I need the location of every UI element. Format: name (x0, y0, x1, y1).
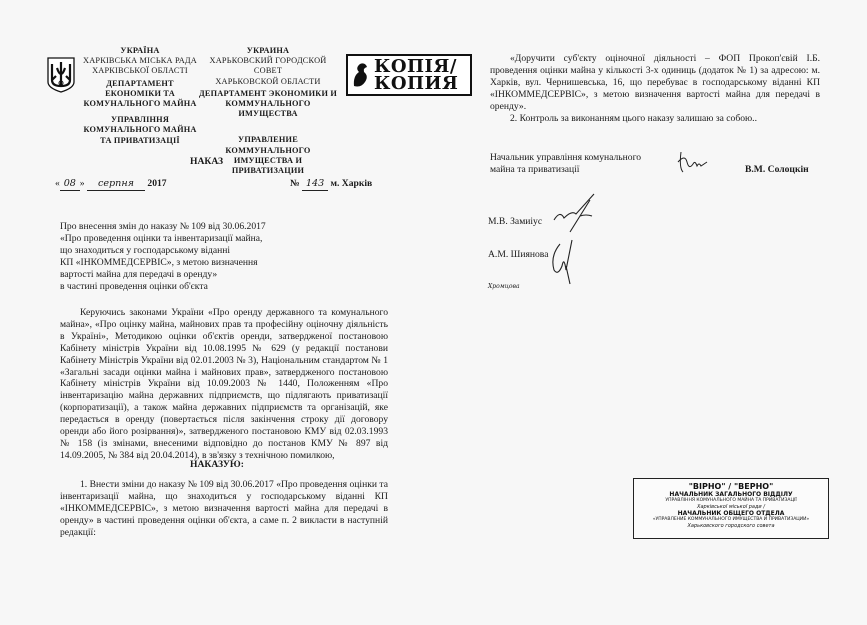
header-directorate-ru-1: УПРАВЛЕНИЕ КОММУНАЛЬНОГО (198, 135, 338, 155)
signatory-title: Начальник управління комунального майна … (490, 152, 641, 176)
header-department-ua-3: КОМУНАЛЬНОГО МАЙНА (80, 99, 200, 109)
lion-emblem-icon (351, 60, 371, 90)
header-directorate-ua-1: УПРАВЛІННЯ (80, 115, 200, 125)
executor-name: Хромцова (488, 283, 520, 290)
stamp-line: Харьковского городского совета (638, 523, 824, 529)
stamp-line: НАЧАЛЬНИК ЗАГАЛЬНОГО ВІДДІЛУ (638, 491, 824, 498)
date-day: 08 (60, 178, 80, 191)
coat-of-arms-icon (46, 56, 76, 94)
date-year: 2017 (147, 178, 166, 189)
header-country-ua: УКРАЇНА (80, 46, 200, 56)
header-ukrainian: УКРАЇНА ХАРКІВСЬКА МІСЬКА РАДА ХАРКІВСЬК… (80, 46, 200, 146)
copy-stamp-line-2: КОПИЯ (374, 75, 466, 92)
header-oblast-ua: ХАРКІВСЬКОЇ ОБЛАСТІ (80, 66, 200, 76)
certification-stamp: "ВІРНО" / "ВЕРНО" НАЧАЛЬНИК ЗАГАЛЬНОГО В… (633, 478, 829, 539)
header-oblast-ru: ХАРЬКОВСКОЙ ОБЛАСТИ (198, 77, 338, 87)
order-date: «08» серпня 2017 (55, 178, 167, 191)
number-value: 143 (302, 178, 328, 191)
city: м. Харків (330, 178, 372, 189)
header-department-ru-2: КОММУНАЛЬНОГО ИМУЩЕСТВА (198, 99, 338, 119)
header-directorate-ua-3: ТА ПРИВАТИЗАЦІЇ (80, 136, 200, 146)
order-title: НАКАЗ (190, 156, 223, 168)
subject-line: КП «ІНКОММЕДСЕРВІС», з метою визначення (60, 257, 300, 269)
stamp-title: "ВІРНО" / "ВЕРНО" (638, 482, 824, 491)
subject-line: вартості майна для передачі в оренду» (60, 269, 300, 281)
subject-line: що знаходиться у господарському віданні (60, 245, 300, 257)
subject-line: Про внесення змін до наказу № 109 від 30… (60, 221, 300, 233)
decree-heading: НАКАЗУЮ: (190, 459, 244, 471)
date-month: серпня (87, 178, 145, 191)
signature-head-icon (675, 148, 711, 183)
subject-line: в частині проведення оцінки об'єкта (60, 281, 300, 293)
signatory-title-line-2: майна та приватизації (490, 164, 641, 176)
preamble-paragraph: Керуючись законами України «Про оренду д… (60, 307, 388, 462)
number-label: № (290, 178, 300, 189)
header-directorate-ua-2: КОМУНАЛЬНОГО МАЙНА (80, 125, 200, 135)
header-department-ua-2: ЕКОНОМІКИ ТА (80, 89, 200, 99)
signatory-title-line-1: Начальник управління комунального (490, 152, 641, 164)
signature-approval-1-icon (550, 190, 600, 240)
header-council-ua: ХАРКІВСЬКА МІСЬКА РАДА (80, 56, 200, 66)
header-council-ru: ХАРЬКОВСКИЙ ГОРОДСКОЙ СОВЕТ (198, 56, 338, 76)
approval-name-2: А.М. Шиянова (488, 249, 548, 261)
header-department-ua-1: ДЕПАРТАМЕНТ (80, 79, 200, 89)
signatory-name: В.М. Солоцкін (745, 164, 809, 176)
approval-name-1: М.В. Замиіус (488, 216, 542, 228)
quoted-instruction: «Доручити суб'єкту оціночної діяльності … (490, 53, 820, 113)
header-department-ru-1: ДЕПАРТАМЕНТ ЭКОНОМИКИ И (198, 89, 338, 99)
subject-line: «Про проведення оцінки та інвентаризації… (60, 233, 300, 245)
signature-approval-2-icon (548, 236, 580, 291)
order-number: № 143 м. Харків (290, 178, 372, 191)
item-2-paragraph: 2. Контроль за виконанням цього наказу з… (510, 113, 810, 125)
item-1-paragraph: 1. Внести зміни до наказу № 109 від 30.0… (60, 479, 388, 539)
header-country-ru: УКРАИНА (198, 46, 338, 56)
order-subject: Про внесення змін до наказу № 109 від 30… (60, 221, 300, 292)
copy-stamp: КОПІЯ/ КОПИЯ (346, 54, 472, 96)
stamp-line: НАЧАЛЬНИК ОБЩЕГО ОТДЕЛА (638, 510, 824, 517)
